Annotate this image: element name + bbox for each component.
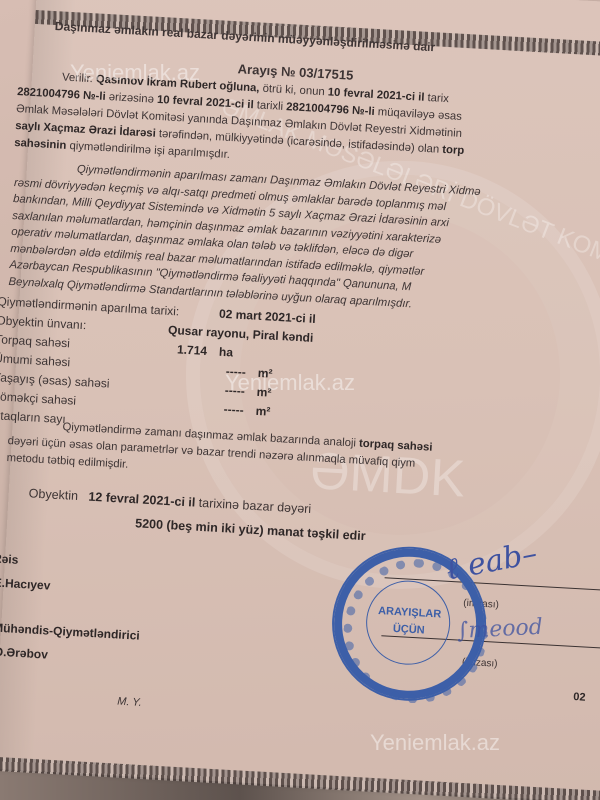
application-date: 10 fevral 2021-ci il [327,86,424,103]
value-prefix: Obyektin [28,486,78,503]
field-value: -----m² [223,402,270,419]
intro-text: ötrü ki, onun [259,83,328,99]
field-unit [327,313,328,327]
market-value-amount: 5200 (beş min iki yüz) manat təşkil edir [135,516,366,543]
certificate-paper: ƏMLAK MƏSƏLƏLƏRİ DÖVLƏT KOMİTƏSİ ƏMDK Da… [0,0,600,800]
document-title: Daşınmaz əmlakın real bazar dəyərinin mü… [55,19,436,54]
property-fields: Qiymətləndirmənin aparılma tarixi:02 mar… [38,0,600,6]
field-value: 1.714ha [177,342,234,359]
office-name: saylı Xaçmaz Ərazi İdarəsi [15,120,156,140]
method-paragraph: Qiymətləndirmənin aparılması zamanı Daşı… [38,0,600,6]
field-value-text: 1.714 [177,342,208,358]
watermark-middle: Yeniemlak.az [225,370,355,396]
value-suffix: tarixinə bazar dəyəri [195,496,312,516]
field-label: Yaşayış (əsas) sahəsi [0,370,110,390]
contract-date: 10 fevral 2021-ci il [157,94,254,111]
signatory-2-name: O.Ərəbov [0,645,48,662]
field-value-text: 02 mart 2021-ci il [219,307,316,326]
watermark-top: Yeniemlak.az [70,60,200,86]
field-unit [325,332,326,346]
signatory-2-role: Mühəndis-Qiymətləndirici [0,621,140,643]
intro-text: tarix [424,92,449,105]
signature-engineer: ∫meood [456,615,543,644]
intro-text: müqaviləyə əsas [374,106,462,123]
field-label: Obyektin ünvanı: [0,313,87,332]
field-value: 02 mart 2021-ci il [219,307,328,327]
field-value-text: Qusar rayonu, Piral kəndi [168,323,314,345]
approach-line-3: metodu tətbiq edilmişdir. [6,452,128,471]
intro-text: qiymətləndirilmə işi aparılmışdır. [66,140,230,161]
contract-number: 2821004796 №-li [286,101,375,118]
intro-text: sahəsinin [14,137,67,152]
issue-date-partial: 02 [573,691,586,704]
seal-place-label: M. Y. [117,696,142,709]
field-unit: ha [219,345,234,360]
value-statement: Obyektin 12 fevral 2021-ci il tarixinə b… [28,486,311,516]
signatory-1-role: Rəis [0,551,19,566]
intro-text: ərizəsinə [105,91,157,106]
intro-text: torp [442,144,465,157]
field-label: Otaqların sayı [0,408,66,426]
watermark-bottom: Yeniemlak.az [370,730,500,756]
document-body: Daşınmaz əmlakın real bazar dəyərinin mü… [0,0,600,800]
valuation-date: 12 fevral 2021-ci il [88,490,196,510]
certificate-number: Arayış № 03/17515 [237,61,353,82]
intro-text: tarixli [253,99,286,113]
application-number: 2821004796 №-li [17,86,106,103]
approach-text: torpaq sahəsi [359,438,433,454]
signatory-1-name: E.Hacıyev [0,575,51,592]
field-value-text: ----- [223,402,244,417]
field-label: Köməkçi sahəsi [0,389,76,408]
field-unit: m² [255,404,270,419]
field-label: Torpaq sahəsi [0,332,70,350]
photo-scene: ƏMLAK MƏSƏLƏLƏRİ DÖVLƏT KOMİTƏSİ ƏMDK Da… [0,0,600,800]
field-label: Ümumi sahəsi [0,351,71,369]
